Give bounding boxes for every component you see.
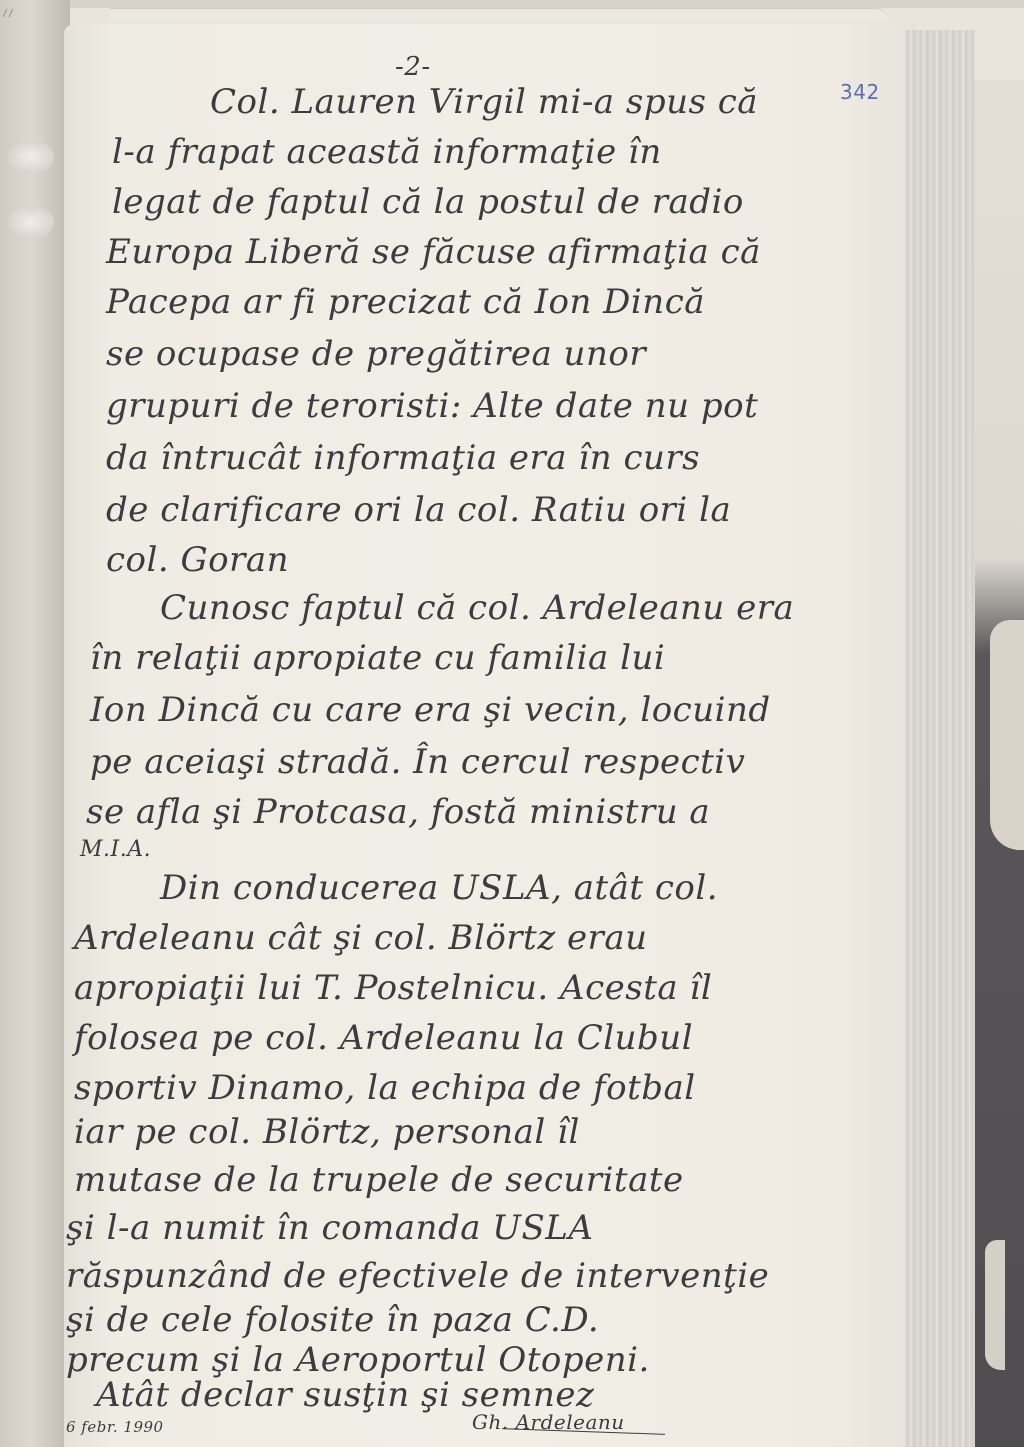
- text-line: pe aceiaşi stradă. În cercul respectiv: [90, 742, 745, 782]
- signature: Gh. Ardeleanu: [472, 1410, 625, 1434]
- stack-paper-tab: [985, 1240, 1005, 1370]
- text-line: şi de cele folosite în paza C.D.: [66, 1300, 599, 1340]
- page-number: -2-: [395, 52, 431, 82]
- text-line: precum şi la Aeroportul Otopeni.: [66, 1340, 650, 1380]
- stack-paper-tab: [990, 620, 1024, 850]
- text-line: Col. Lauren Virgil mi-a spus că: [210, 82, 758, 122]
- page-stack-edges: [905, 30, 975, 1447]
- text-line: mutase de la trupele de securitate: [74, 1160, 684, 1200]
- text-line: M.I.A.: [80, 830, 151, 870]
- text-line: Cunosc faptul că col. Ardeleanu era: [160, 588, 794, 628]
- text-line: se ocupase de pregătirea unor: [106, 334, 646, 374]
- text-line: col. Goran: [106, 540, 289, 580]
- text-line: şi l-a numit în comanda USLA: [66, 1208, 593, 1248]
- text-line: l-a frapat această informaţie în: [112, 132, 662, 172]
- scanner-top-edge: [0, 0, 1024, 8]
- text-line: de clarificare ori la col. Ratiu ori la: [106, 490, 731, 530]
- text-line: Pacepa ar fi precizat că Ion Dincă: [106, 282, 705, 322]
- text-line: Ardeleanu cât şi col. Blörtz erau: [74, 918, 647, 958]
- text-line: Atât declar susţin şi semnez: [96, 1375, 594, 1415]
- text-line: în relaţii apropiate cu familia lui: [90, 638, 665, 678]
- text-line: grupuri de teroristi: Alte date nu pot: [106, 386, 758, 426]
- text-line: da întrucât informaţia era în curs: [106, 438, 700, 478]
- spine-tear: [8, 140, 54, 174]
- text-line: folosea pe col. Ardeleanu la Clubul: [74, 1018, 693, 1058]
- spine-tear: [8, 205, 54, 239]
- text-line: iar pe col. Blörtz, personal îl: [74, 1112, 580, 1152]
- text-line: sportiv Dinamo, la echipa de fotbal: [74, 1068, 696, 1108]
- binding-spine: //: [0, 0, 70, 1447]
- page-top-edge: [110, 8, 890, 23]
- text-line: Ion Dincă cu care era şi vecin, locuind: [90, 690, 771, 730]
- text-line: apropiaţii lui T. Postelnicu. Acesta îl: [74, 968, 712, 1008]
- scanned-page: // -2- 342 Col. Lauren Virgil mi-a spus …: [0, 0, 1024, 1447]
- text-line: se afla şi Protcasa, fostă ministru a: [86, 792, 710, 832]
- text-line: răspunzând de efectivele de intervenţie: [66, 1256, 769, 1296]
- statement-date: 6 febr. 1990: [66, 1418, 164, 1436]
- folio-number: 342: [840, 80, 880, 104]
- text-line: legat de faptul că la postul de radio: [112, 182, 744, 222]
- text-line: Din conducerea USLA, atât col.: [160, 868, 718, 908]
- text-line: Europa Liberă se făcuse afirmaţia că: [106, 232, 761, 272]
- spine-mark: //: [2, 8, 14, 19]
